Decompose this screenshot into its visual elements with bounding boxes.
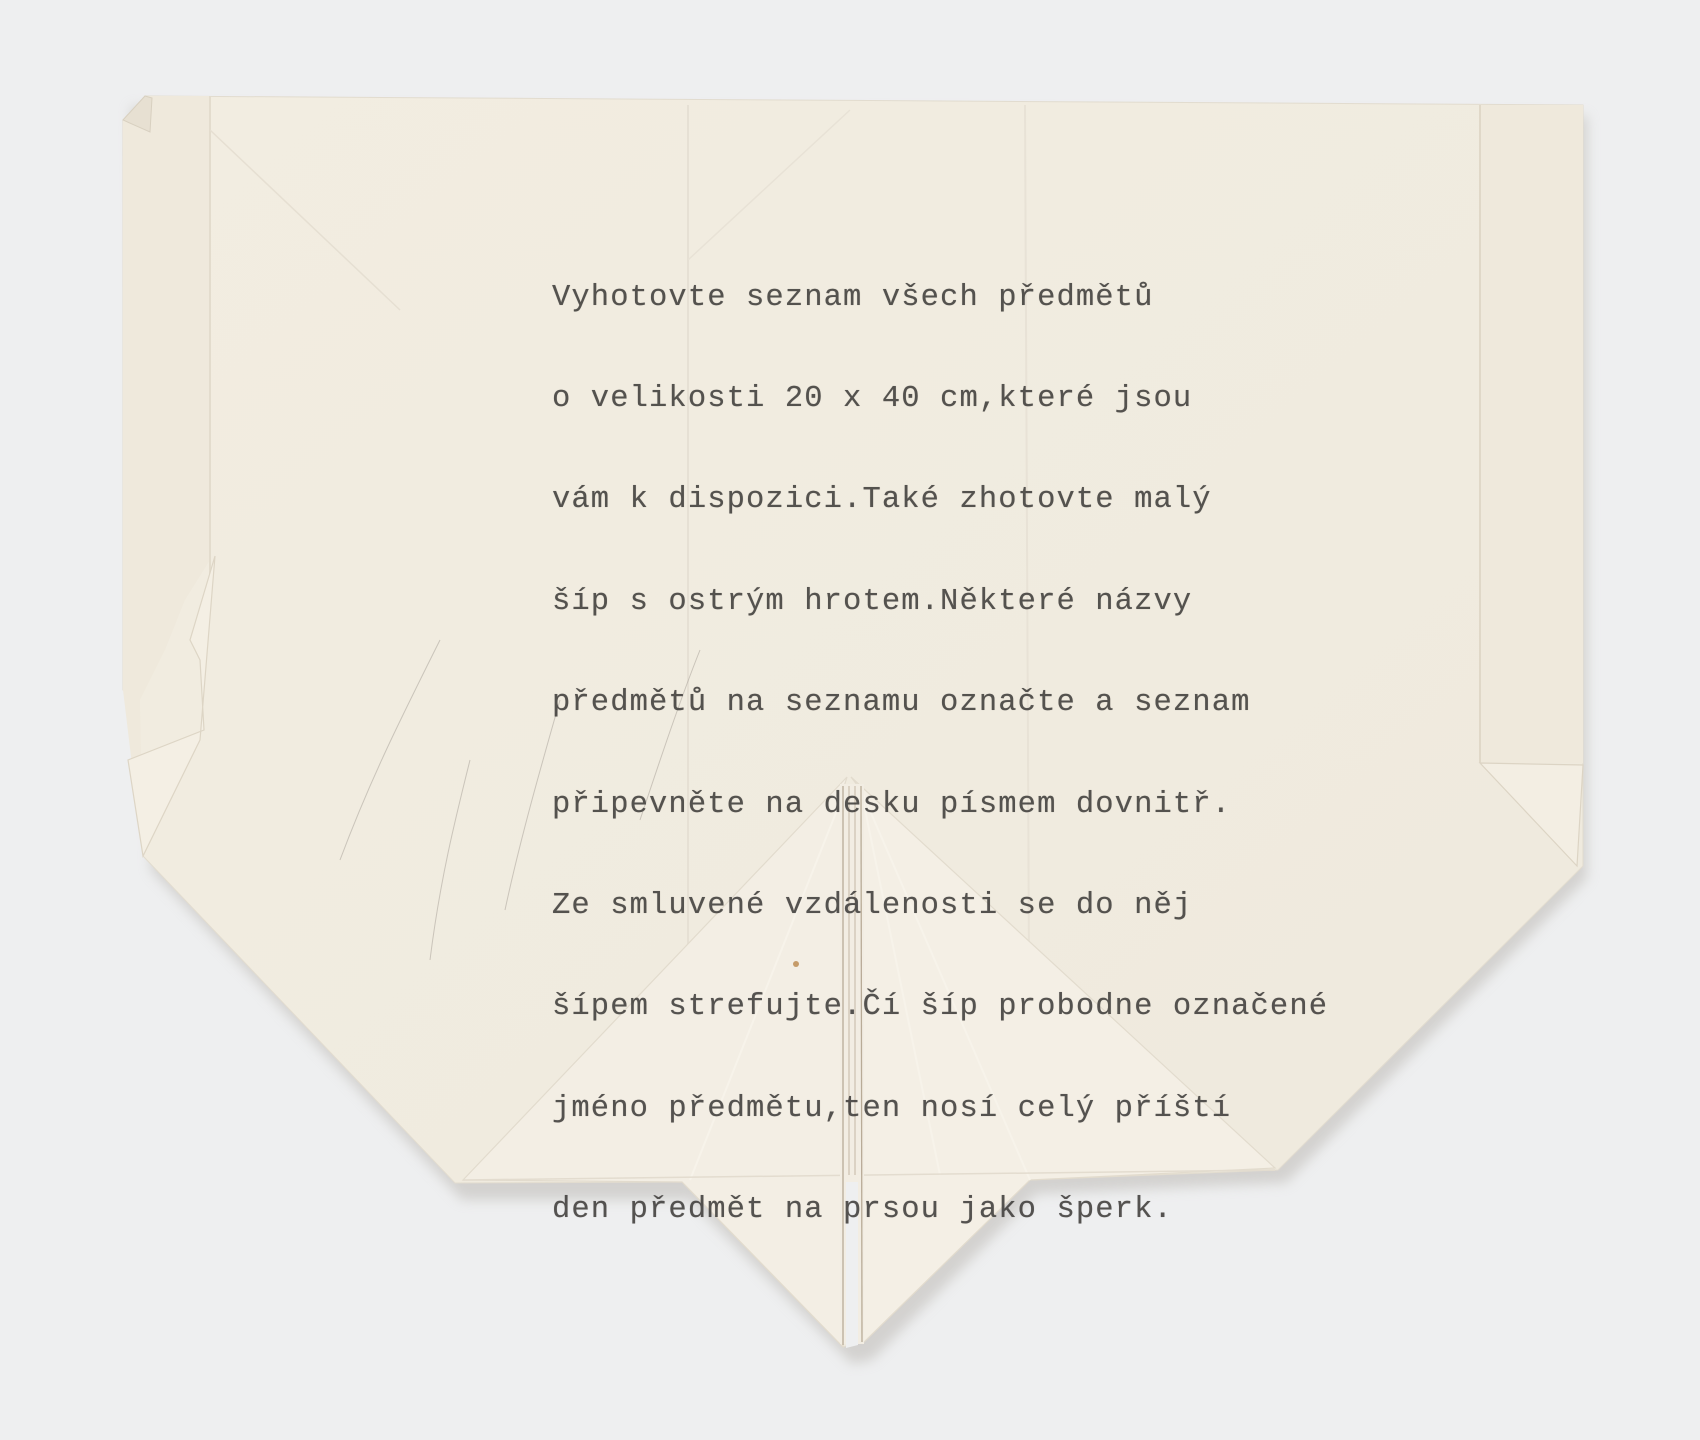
text-line-6: připevněte na desku písmem dovnitř. [552, 789, 1328, 823]
text-line-5: předmětů na seznamu označte a seznam [552, 687, 1328, 721]
right-flap [1480, 105, 1583, 763]
text-line-9: jméno předmětu,ten nosí celý příští [552, 1093, 1328, 1127]
text-line-1: Vyhotovte seznam všech předmětů [552, 282, 1328, 316]
text-line-3: vám k dispozici.Také zhotovte malý [552, 484, 1328, 518]
typewritten-text-block: Vyhotovte seznam všech předmětů o veliko… [552, 214, 1328, 1262]
text-line-7: Ze smluvené vzdálenosti se do něj [552, 890, 1328, 924]
text-line-4: šíp s ostrým hrotem.Některé názvy [552, 586, 1328, 620]
text-line-8: šípem strefujte.Čí šíp probodne označené [552, 991, 1328, 1025]
text-line-10: den předmět na prsou jako šperk. [552, 1194, 1328, 1228]
text-line-2: o velikosti 20 x 40 cm,které jsou [552, 383, 1328, 417]
